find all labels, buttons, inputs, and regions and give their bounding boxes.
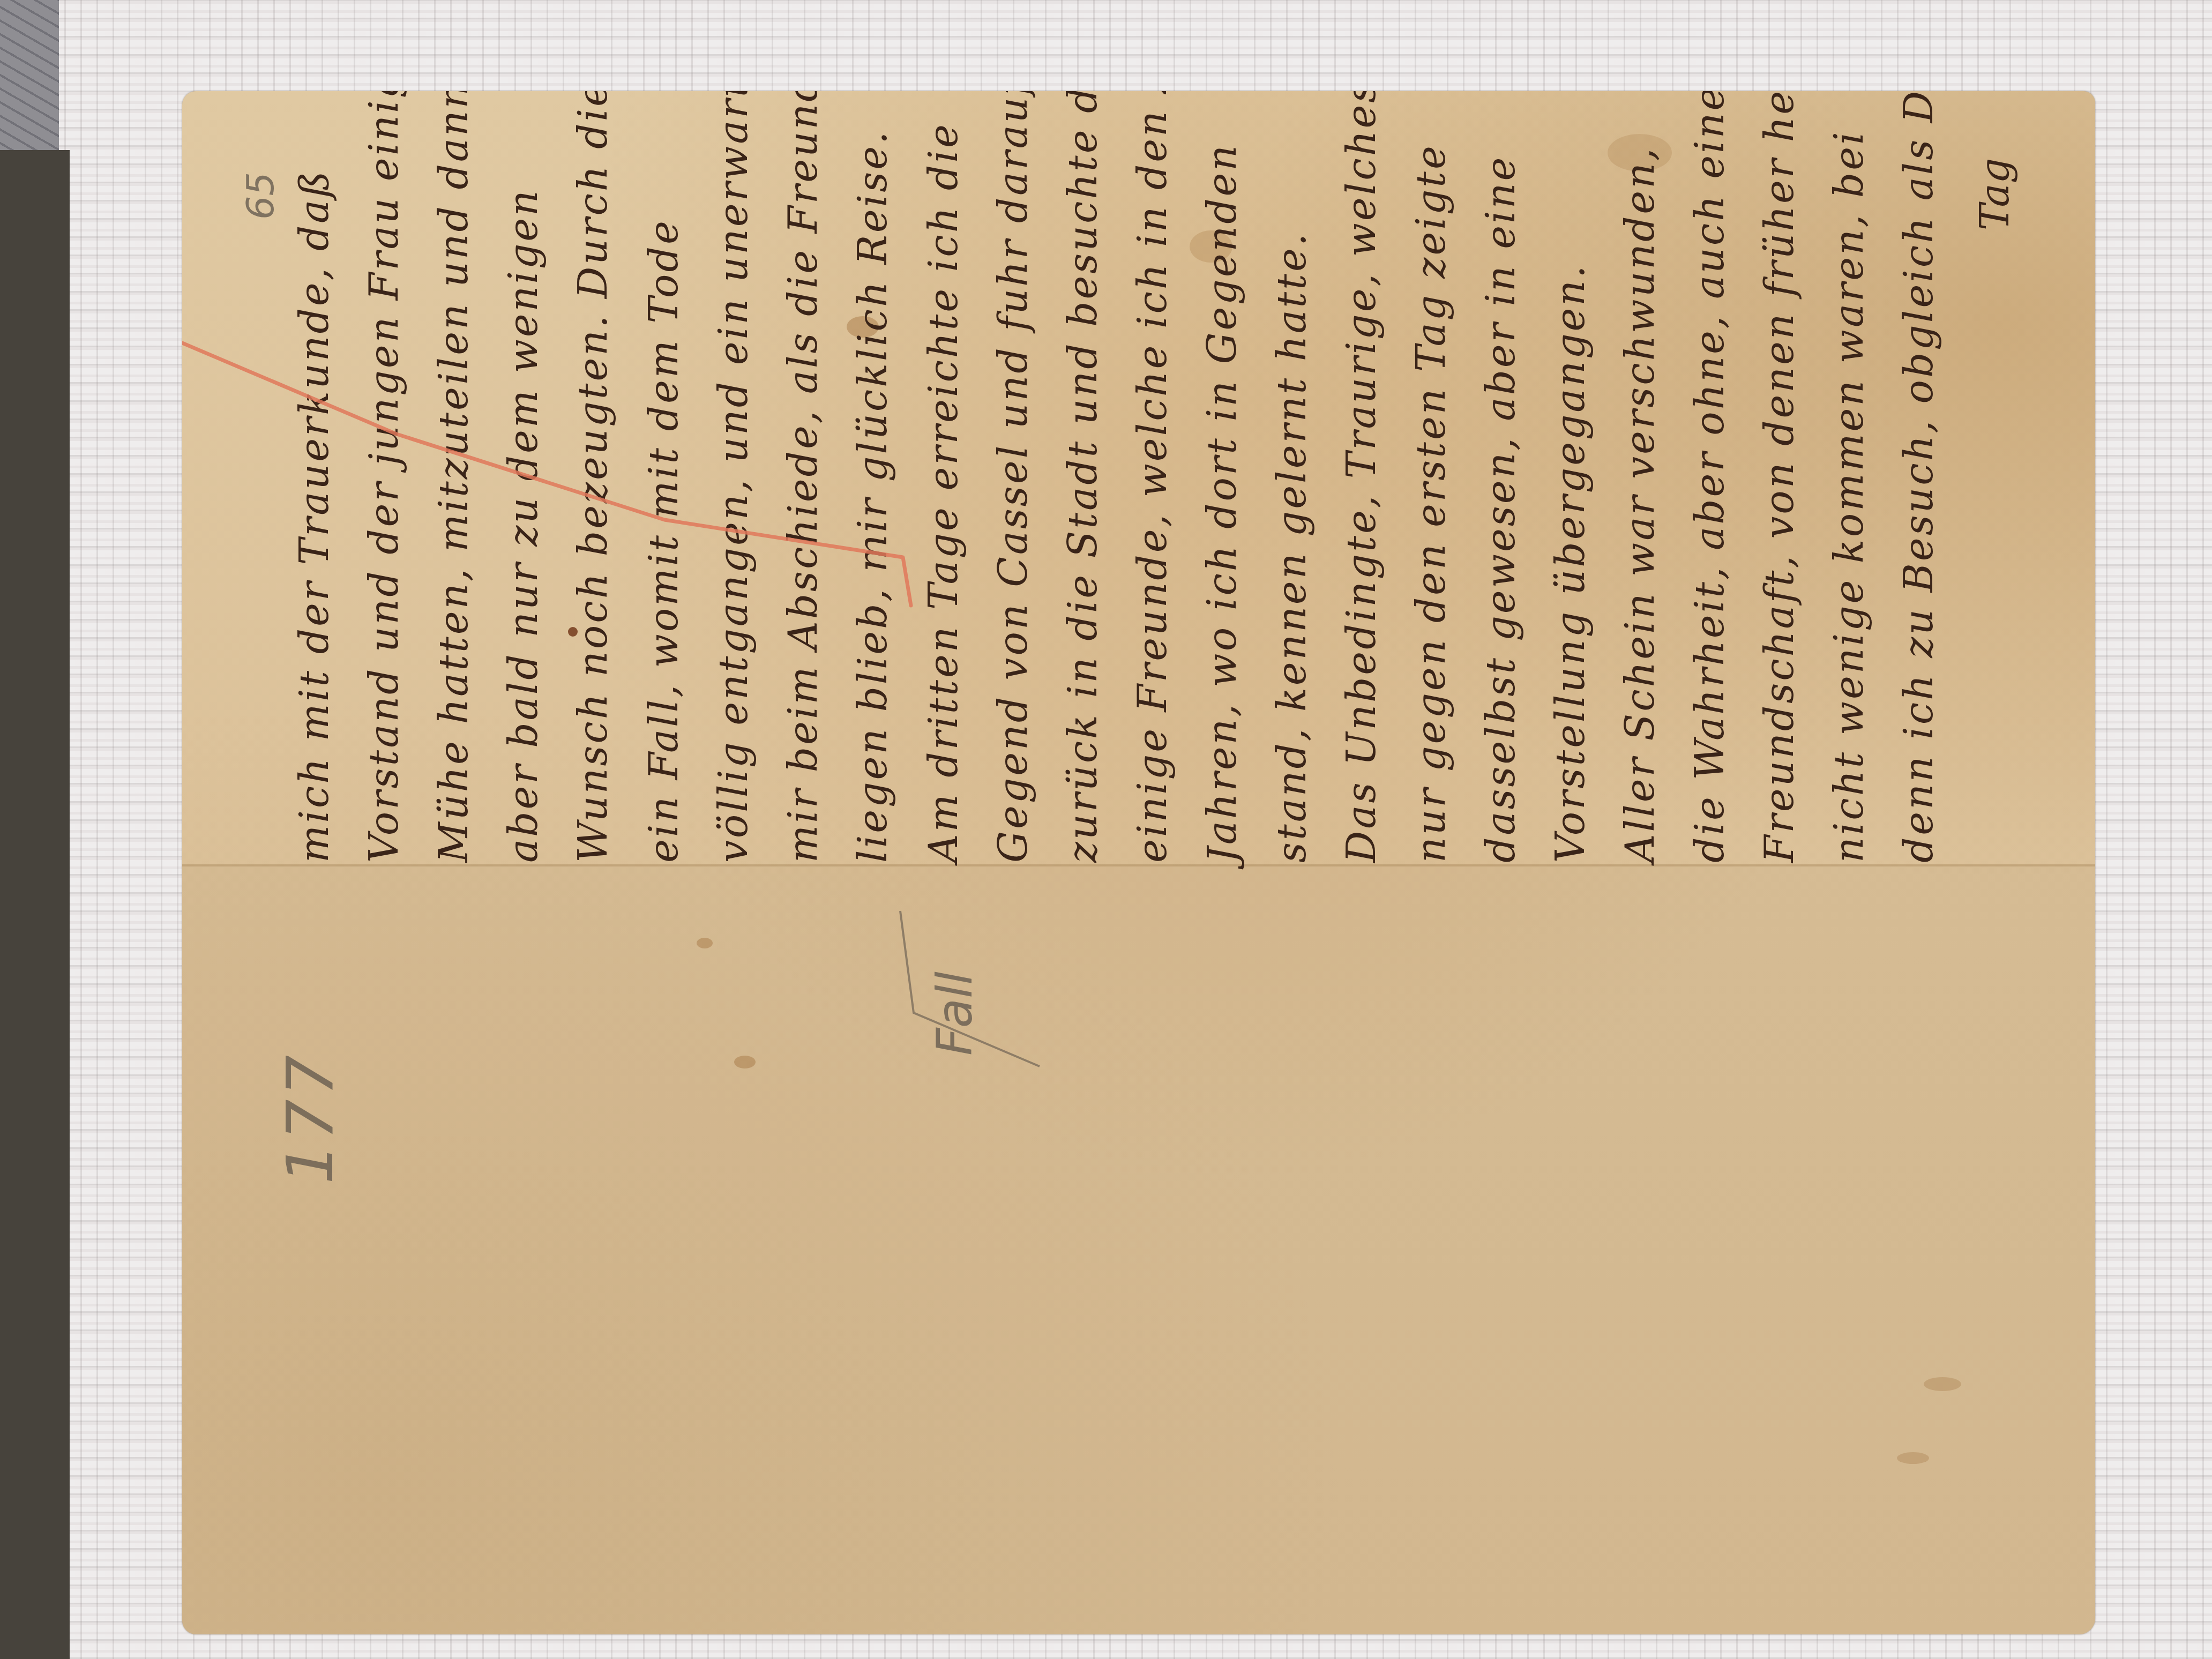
printed-page-corner [0,0,59,171]
dark-background-strip [0,150,70,1659]
red-crayon-line [182,91,2095,1634]
manuscript-page: 65 mich mit der Trauerkunde, daß Vorstan… [182,91,2095,1634]
